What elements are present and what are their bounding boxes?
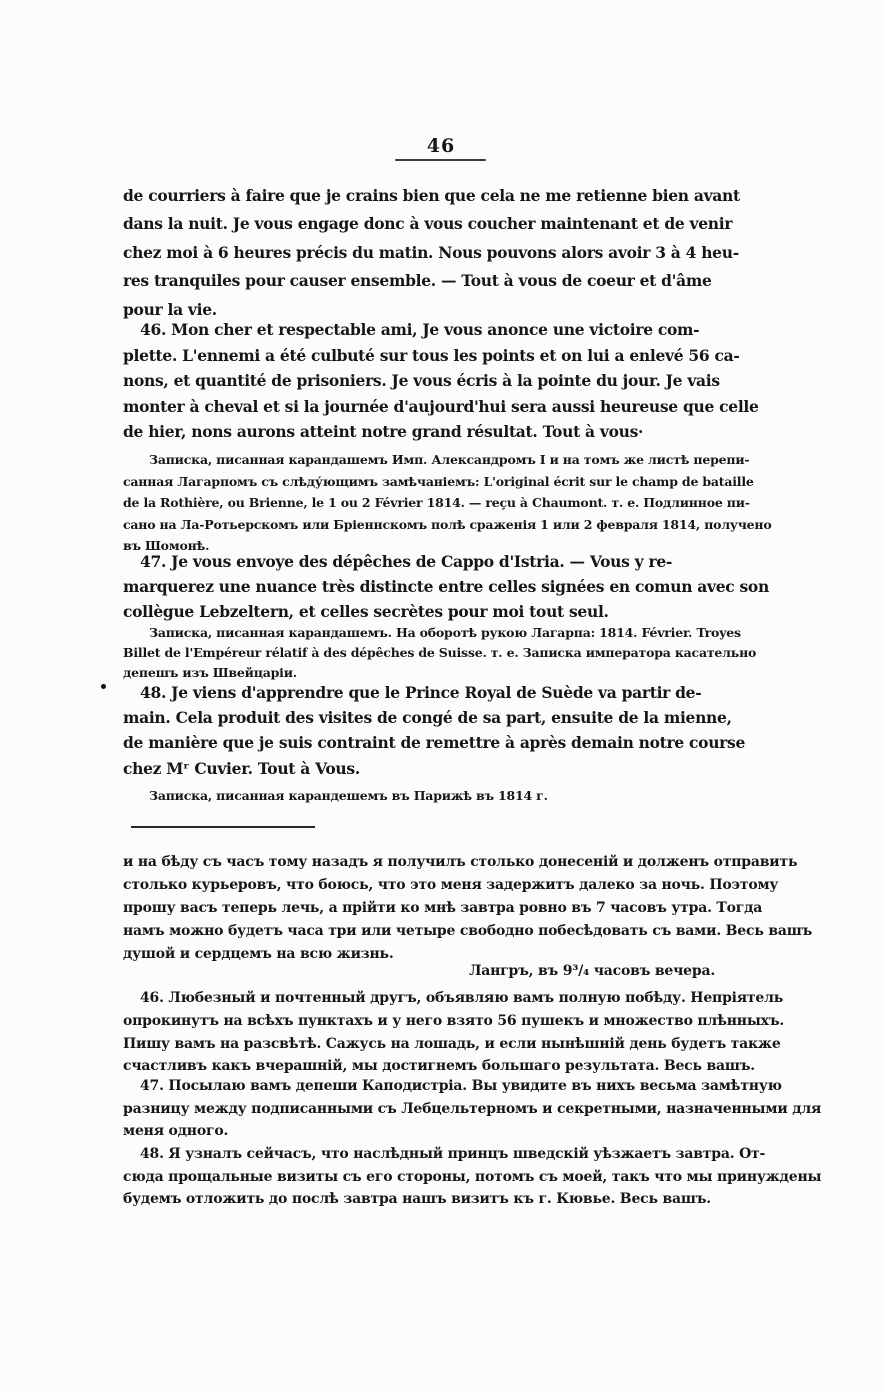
- french-paragraph-47: 47. Je vous envoye des dépêches de Cappo…: [123, 549, 767, 625]
- page-number-rule: [395, 159, 486, 161]
- russian-paragraph-47: 47. Посылаю вамъ депеши Каподистріа. Вы …: [123, 1075, 767, 1143]
- dateline-text: Лангръ, въ 9³/₄ часовъ вечера.: [469, 963, 715, 979]
- french-paragraph-48: 48. Je viens d'apprendre que le Prince R…: [123, 680, 767, 781]
- russian-continuation-paragraph: и на бѣду съ часъ тому назадъ я получилъ…: [123, 851, 767, 966]
- russian-paragraph-46: 46. Любезный и почтенный другъ, объявляю…: [123, 987, 767, 1078]
- french-continuation-paragraph: de courriers à faire que je crains bien …: [123, 182, 767, 324]
- footnote-47: Записка, писанная карандашемъ. На оборот…: [123, 623, 767, 682]
- footnote-48: Записка, писанная карандешемъ въ Парижѣ …: [123, 785, 767, 807]
- margin-mark: [101, 684, 106, 689]
- section-divider-rule: [131, 826, 315, 828]
- french-paragraph-46: 46. Mon cher et respectable ami, Je vous…: [123, 317, 767, 445]
- russian-paragraph-48: 48. Я узналъ сейчасъ, что наслѣдный прин…: [123, 1143, 767, 1211]
- dateline-langres: Лангръ, въ 9³/₄ часовъ вечера.: [123, 963, 767, 979]
- scanned-book-page: 46 de courriers à faire que je crains bi…: [0, 0, 882, 1393]
- footnote-46: Записка, писанная карандашемъ Имп. Алекс…: [123, 449, 767, 557]
- page-number: 46: [0, 135, 882, 157]
